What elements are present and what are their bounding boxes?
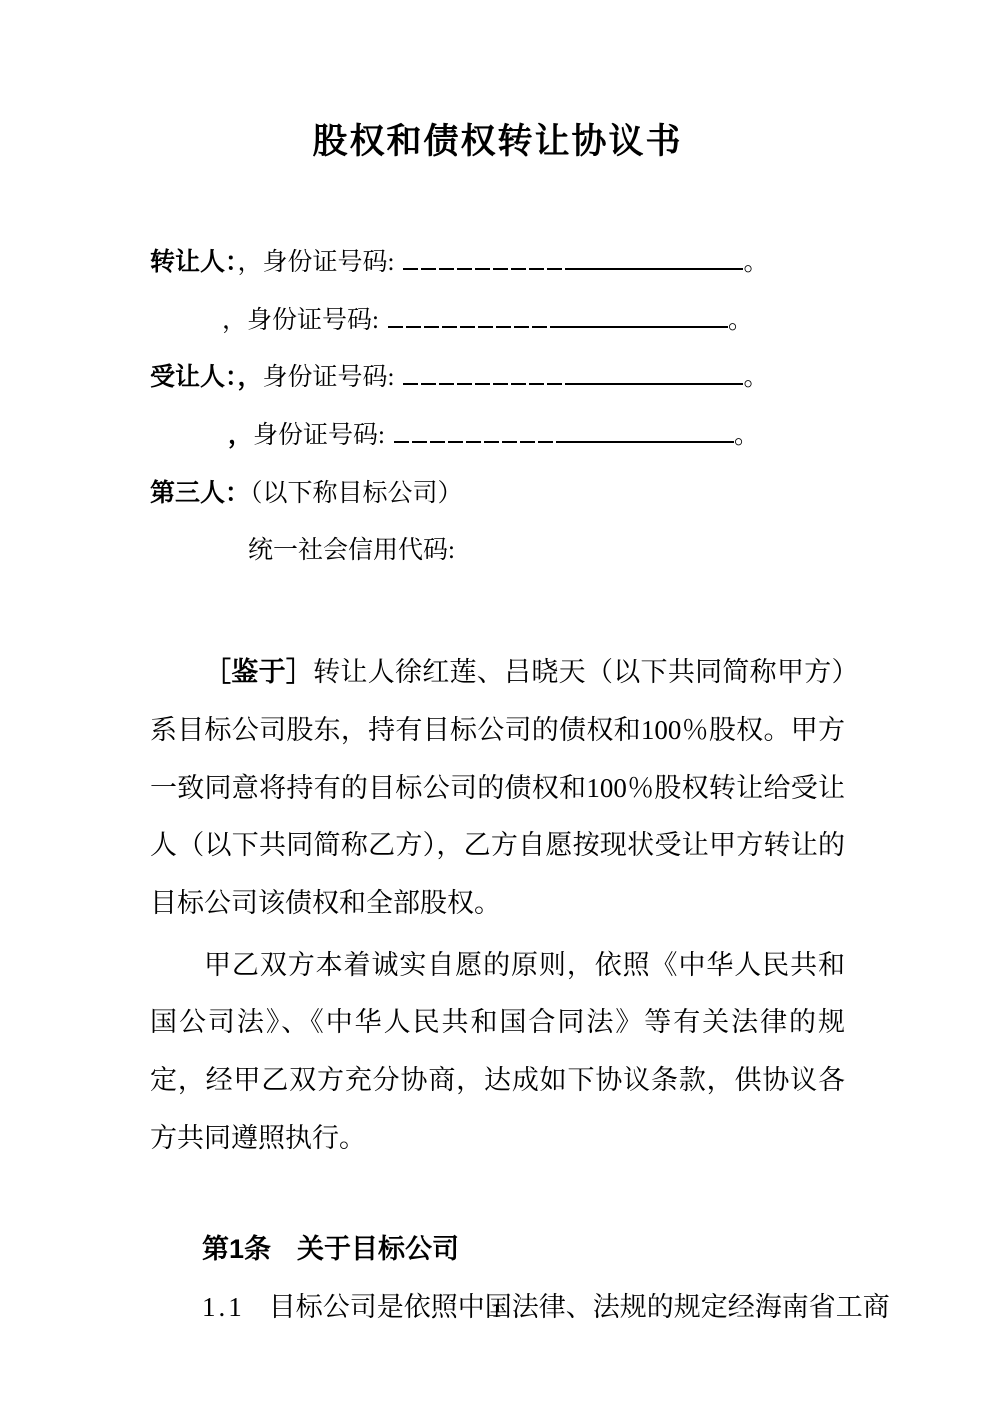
page-number: 1 bbox=[0, 1296, 993, 1326]
credit-code-label: 统一社会信用代码: bbox=[248, 537, 455, 564]
third-party-label: 第三人： bbox=[150, 479, 250, 507]
section-number: 第1条 bbox=[202, 1234, 271, 1264]
party-line-transferee-2: ，身份证号码:。 bbox=[150, 407, 845, 465]
blank-dashed-segment bbox=[394, 419, 564, 443]
line-period: 。 bbox=[743, 249, 768, 276]
blank-dashed-segment bbox=[403, 361, 573, 385]
recitals-paragraph: ［鉴于］转让人徐红莲、吕晓天（以下共同简称甲方）系目标公司股东，持有目标公司的债… bbox=[150, 644, 845, 933]
section-title: 关于目标公司 bbox=[297, 1234, 459, 1264]
id-number-blank-line bbox=[403, 349, 743, 407]
blank-solid-segment bbox=[558, 302, 728, 328]
id-number-label: 身份证号码: bbox=[253, 422, 385, 449]
recitals-text: 转让人徐红莲、吕晓天（以下共同简称甲方）系目标公司股东，持有目标公司的债权和10… bbox=[150, 657, 845, 918]
party-line-transferor-2: ，身份证号码:。 bbox=[150, 292, 845, 350]
party-line-third-party: 第三人：（以下称目标公司） bbox=[150, 465, 845, 523]
document-page: 股权和债权转让协议书 转让人：，身份证号码:。 ，身份证号码:。 受让人：，身份… bbox=[0, 0, 993, 1404]
id-number-blank-line bbox=[394, 407, 734, 465]
credit-code-line: 统一社会信用代码: bbox=[150, 522, 845, 580]
id-number-label: ，身份证号码: bbox=[222, 307, 379, 334]
whereas-lead: ［鉴于］ bbox=[204, 657, 313, 687]
party-line-transferor: 转让人：，身份证号码:。 bbox=[150, 234, 845, 292]
party-line-transferee: 受让人：，身份证号码:。 bbox=[150, 349, 845, 407]
id-number-label: 身份证号码: bbox=[263, 364, 395, 391]
third-party-alias: （以下称目标公司） bbox=[250, 480, 463, 507]
blank-solid-segment bbox=[564, 417, 734, 443]
transferor-label: 转让人： bbox=[150, 248, 238, 276]
blank-dashed-segment bbox=[403, 246, 573, 270]
basis-paragraph: 甲乙双方本着诚实自愿的原则，依照《中华人民共和国公司法》、《中华人民共和国合同法… bbox=[150, 937, 845, 1168]
line-period: 。 bbox=[728, 307, 753, 334]
leading-comma: ， bbox=[228, 421, 253, 449]
id-number-blank-line bbox=[388, 292, 728, 350]
section-1-heading: 第1条关于目标公司 bbox=[150, 1221, 845, 1279]
document-content: 股权和债权转让协议书 转让人：，身份证号码:。 ，身份证号码:。 受让人：，身份… bbox=[150, 0, 845, 1337]
id-number-label: ，身份证号码: bbox=[238, 249, 395, 276]
line-period: 。 bbox=[734, 422, 759, 449]
transferee-label: 受让人：， bbox=[150, 363, 263, 391]
blank-dashed-segment bbox=[388, 304, 558, 328]
blank-solid-segment bbox=[573, 359, 743, 385]
line-period: 。 bbox=[743, 364, 768, 391]
blank-solid-segment bbox=[573, 244, 743, 270]
basis-text: 甲乙双方本着诚实自愿的原则，依照《中华人民共和国公司法》、《中华人民共和国合同法… bbox=[150, 950, 845, 1153]
document-title: 股权和债权转让协议书 bbox=[150, 0, 845, 165]
id-number-blank-line bbox=[403, 234, 743, 292]
parties-block: 转让人：，身份证号码:。 ，身份证号码:。 受让人：，身份证号码:。 ，身份证号… bbox=[150, 234, 845, 580]
